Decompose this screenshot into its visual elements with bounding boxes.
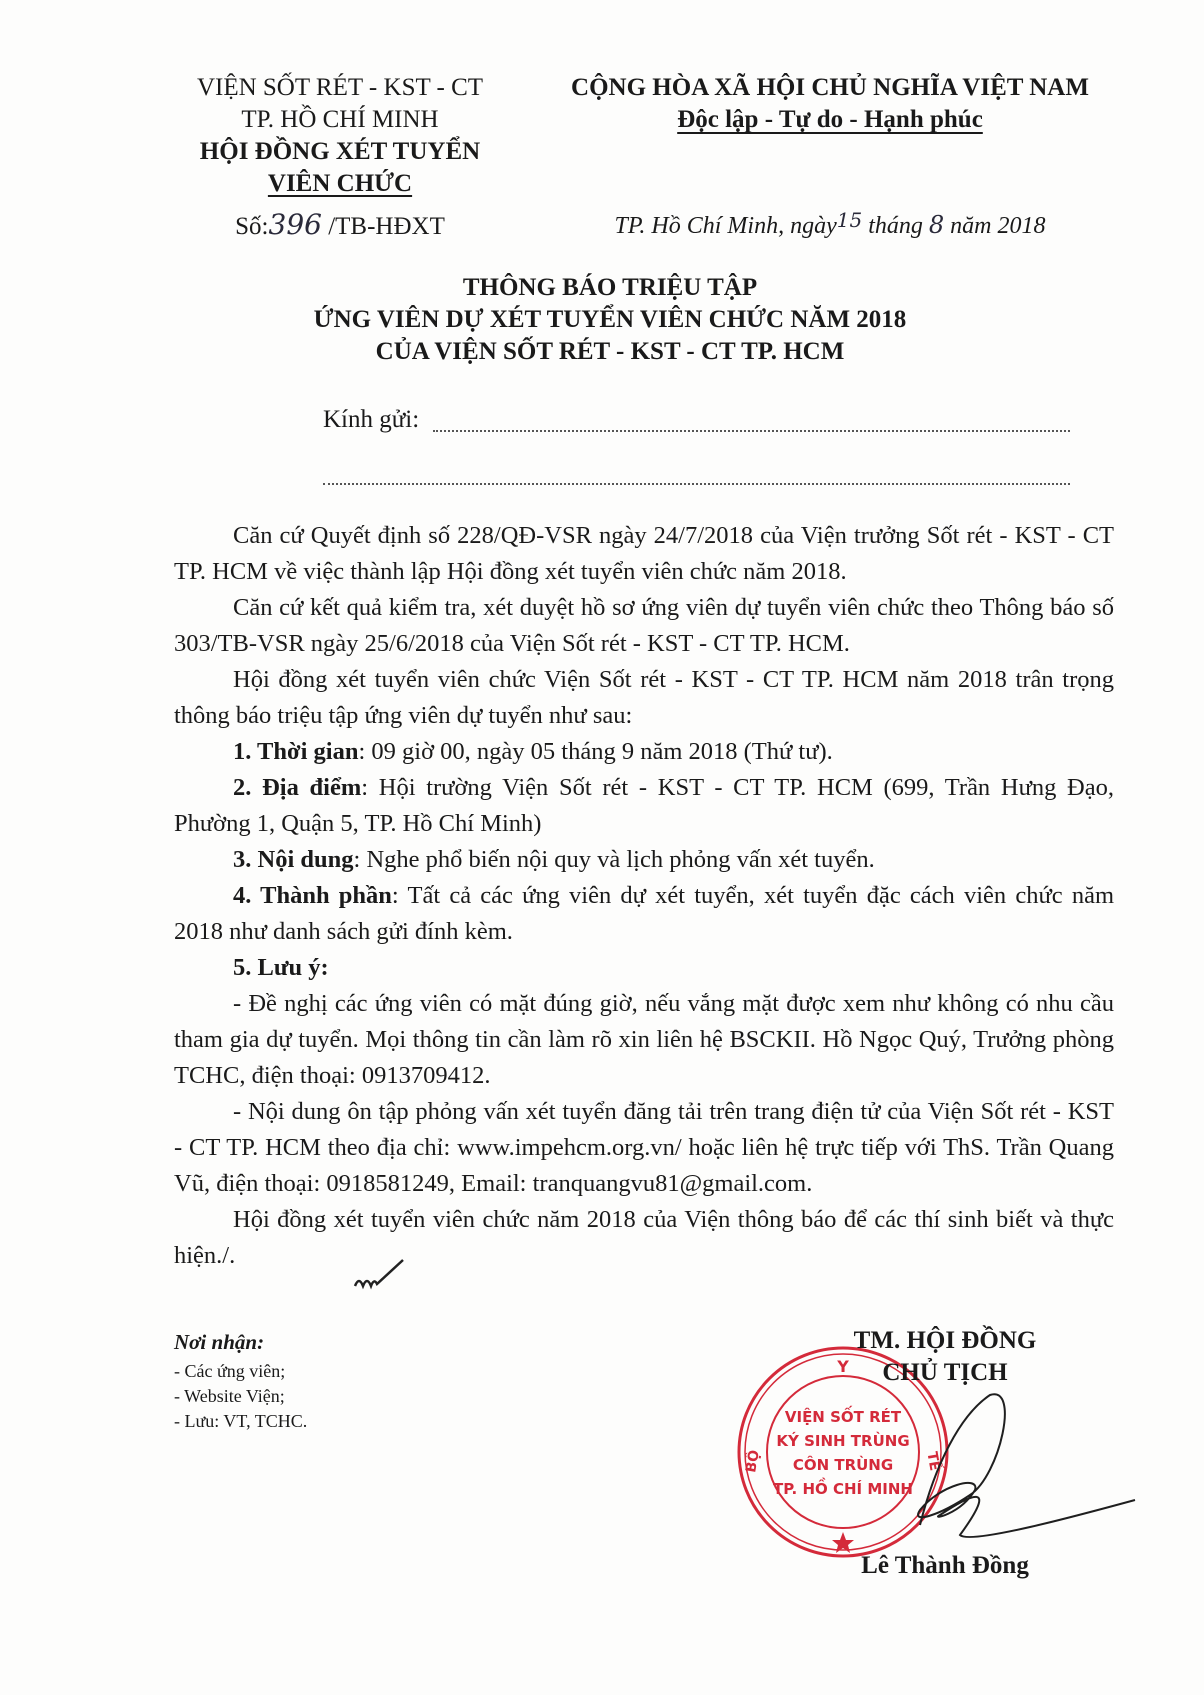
recipient-dotted-line-1 xyxy=(433,430,1070,432)
document-number: Số:396 /TB-HĐXT xyxy=(160,208,520,241)
date-year: năm 2018 xyxy=(944,213,1045,239)
country-name: CỘNG HÒA XÃ HỘI CHỦ NGHĨA VIỆT NAM xyxy=(530,72,1130,104)
document-number-handwritten: 396 xyxy=(269,208,322,241)
item-time: 1. Thời gian: 09 giờ 00, ngày 05 tháng 9… xyxy=(174,734,1114,770)
issuing-agency-block: VIỆN SỐT RÉT - KST - CT TP. HỒ CHÍ MINH … xyxy=(160,72,520,200)
document-number-suffix: /TB-HĐXT xyxy=(322,213,445,240)
council-name-line2: VIÊN CHỨC xyxy=(268,170,412,197)
signature-title-line1: TM. HỘI ĐỒNG xyxy=(800,1325,1090,1357)
date-day-handwritten: 15 xyxy=(837,208,862,232)
paragraph-announcement: Hội đồng xét tuyển viên chức Viện Sốt ré… xyxy=(174,662,1114,734)
signer-name: Lê Thành Đồng xyxy=(800,1552,1090,1580)
national-motto: Độc lập - Tự do - Hạnh phúc xyxy=(677,106,983,133)
paragraph-legal-basis-1: Căn cứ Quyết định số 228/QĐ-VSR ngày 24/… xyxy=(174,518,1114,590)
recipient-label: Kính gửi: xyxy=(323,406,419,434)
distribution-item: - Các ứng viên; xyxy=(174,1359,574,1384)
item-notes: 5. Lưu ý: xyxy=(174,950,1114,986)
date-month-handwritten: 8 xyxy=(929,211,944,239)
item-participants: 4. Thành phần: Tất cả các ứng viên dự xé… xyxy=(174,878,1114,950)
date-prefix: TP. Hồ Chí Minh, ngày xyxy=(615,213,837,239)
item-location: 2. Địa điểm: Hội trường Viện Sốt rét - K… xyxy=(174,770,1114,842)
note-review-content: - Nội dung ôn tập phỏng vấn xét tuyển đă… xyxy=(174,1094,1114,1202)
title-line1: THÔNG BÁO TRIỆU TẬP xyxy=(230,272,990,304)
council-name-line1: HỘI ĐỒNG XÉT TUYỂN xyxy=(160,136,520,168)
svg-text:CÔN TRÙNG: CÔN TRÙNG xyxy=(793,1455,893,1474)
handwritten-signature-icon xyxy=(880,1375,1140,1555)
distribution-item: - Lưu: VT, TCHC. xyxy=(174,1409,574,1434)
agency-name-line2: TP. HỒ CHÍ MINH xyxy=(160,104,520,136)
document-body: Căn cứ Quyết định số 228/QĐ-VSR ngày 24/… xyxy=(174,518,1114,1274)
document-number-label: Số: xyxy=(235,213,268,240)
item-content: 3. Nội dung: Nghe phổ biến nội quy và lị… xyxy=(174,842,1114,878)
note-attendance: - Đề nghị các ứng viên có mặt đúng giờ, … xyxy=(174,986,1114,1094)
paragraph-legal-basis-2: Căn cứ kết quả kiểm tra, xét duyệt hồ sơ… xyxy=(174,590,1114,662)
paragraph-closing: Hội đồng xét tuyển viên chức năm 2018 củ… xyxy=(174,1202,1114,1274)
national-header: CỘNG HÒA XÃ HỘI CHỦ NGHĨA VIỆT NAM Độc l… xyxy=(530,72,1130,136)
document-date: TP. Hồ Chí Minh, ngày15 tháng 8 năm 2018 xyxy=(530,208,1130,240)
agency-name-line1: VIỆN SỐT RÉT - KST - CT xyxy=(160,72,520,104)
title-line2: ỨNG VIÊN DỰ XÉT TUYỂN VIÊN CHỨC NĂM 2018 xyxy=(230,304,990,336)
distribution-list: Nơi nhận: - Các ứng viên; - Website Viện… xyxy=(174,1330,574,1434)
recipient-dotted-line-2 xyxy=(323,483,1070,485)
date-month-label: tháng xyxy=(862,213,929,239)
document-title: THÔNG BÁO TRIỆU TẬP ỨNG VIÊN DỰ XÉT TUYỂ… xyxy=(230,272,990,368)
title-line3: CỦA VIỆN SỐT RÉT - KST - CT TP. HCM xyxy=(230,336,990,368)
distribution-item: - Website Viện; xyxy=(174,1384,574,1409)
distribution-label: Nơi nhận xyxy=(174,1330,257,1354)
initial-mark-icon xyxy=(353,1256,413,1296)
